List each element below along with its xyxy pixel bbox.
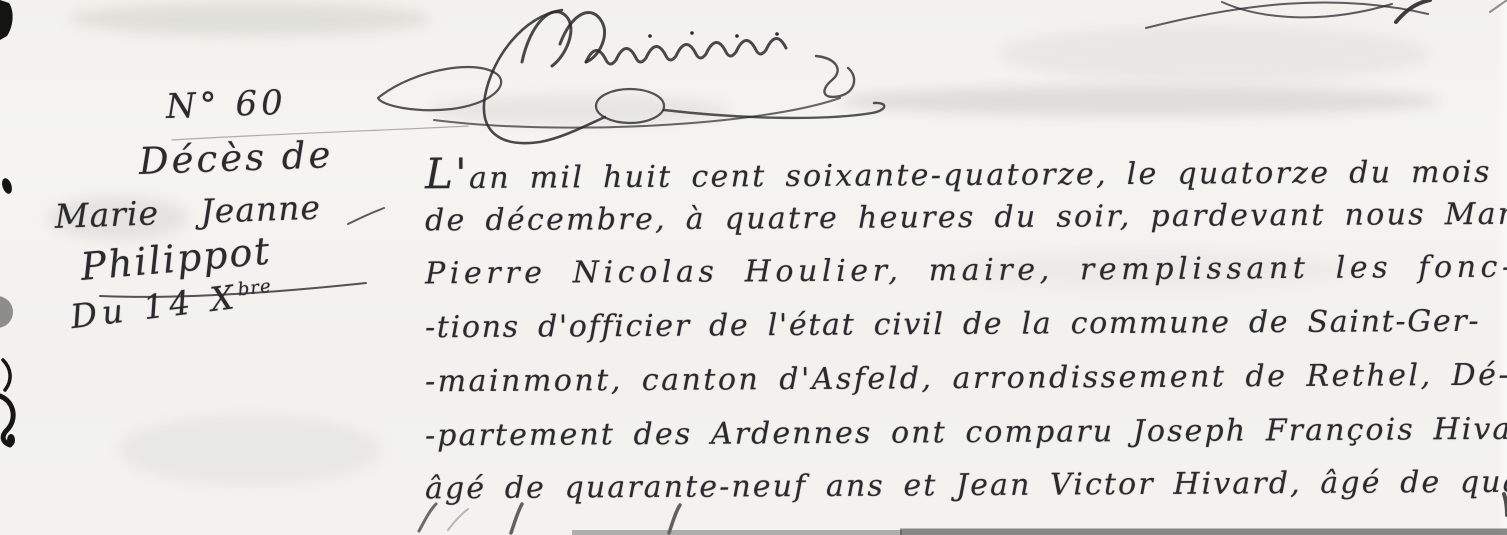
register-page-scan: N° 60 Décès de Marie Jeanne Philippot Du… (0, 0, 1507, 535)
act-text-line: -partement des Ardennes ont comparu Jose… (425, 412, 1507, 454)
header-flourish-icon (378, 10, 884, 143)
act-text-line: L'an mil huit cent soixante-quatorze, le… (425, 143, 1492, 199)
record-number: N° 60 (165, 83, 287, 127)
scan-edge-marks (0, 0, 15, 446)
act-text-line: âgé de quarante-neuf ans et Jean Victor … (425, 465, 1507, 507)
act-text-line: de décembre, à quatre heures du soir, pa… (425, 197, 1507, 239)
act-text-line: -mainmont, canton d'Asfeld, arrondisseme… (425, 358, 1507, 400)
act-text-line: -tions d'officier de l'état civil de la … (425, 304, 1480, 345)
deceased-given-names: Marie Jeanne (54, 188, 321, 236)
act-date-superscript: bre (237, 276, 273, 301)
act-text-line: Pierre Nicolas Houlier, maire, remplissa… (425, 250, 1507, 292)
margin-annotation: N° 60 Décès de Marie Jeanne Philippot Du… (50, 79, 399, 361)
act-type-label: Décès de (138, 133, 334, 183)
previous-entry-flourish-icon (1146, 0, 1507, 28)
